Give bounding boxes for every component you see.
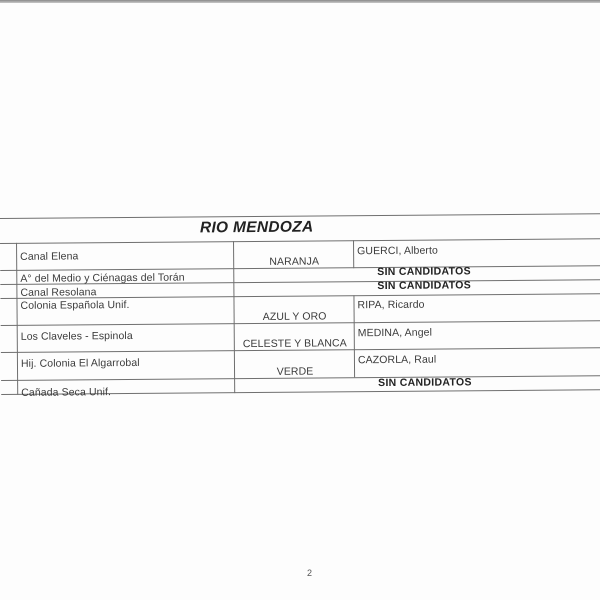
candidate-name: MEDINA, Angel xyxy=(358,327,432,340)
page-number: 2 xyxy=(307,568,312,578)
document-page: RIO MENDOZA Canal Elena NARANJA GUERCI, … xyxy=(0,0,600,600)
list-color: CELESTE Y BLANCA xyxy=(236,337,354,350)
list-color: VERDE xyxy=(236,365,354,378)
no-candidates-label: SIN CANDIDATOS xyxy=(377,279,471,292)
candidate-name: CAZORLA, Raul xyxy=(358,354,436,367)
no-candidates-label: SIN CANDIDATOS xyxy=(377,265,471,278)
section-title: RIO MENDOZA xyxy=(200,219,314,238)
no-candidates-label: SIN CANDIDATOS xyxy=(378,376,472,389)
district-name: Cañada Seca Unif. xyxy=(21,386,111,399)
list-color: AZUL Y ORO xyxy=(236,310,354,323)
column-divider-left xyxy=(16,243,18,395)
district-name: Canal Resolana xyxy=(20,286,96,299)
section-header-divider xyxy=(0,238,600,244)
district-name: Colonia Española Unif. xyxy=(20,299,129,312)
district-name: Canal Elena xyxy=(20,250,78,262)
district-name: A° del Medio y Ciénagas del Torán xyxy=(20,272,184,285)
candidate-name: RIPA, Ricardo xyxy=(357,299,424,312)
district-name: Hij. Colonia El Algarrobal xyxy=(21,357,140,370)
district-name: Los Claveles - Espinola xyxy=(21,330,133,343)
candidate-name: GUERCI, Alberto xyxy=(357,245,438,258)
list-color: NARANJA xyxy=(235,255,353,268)
